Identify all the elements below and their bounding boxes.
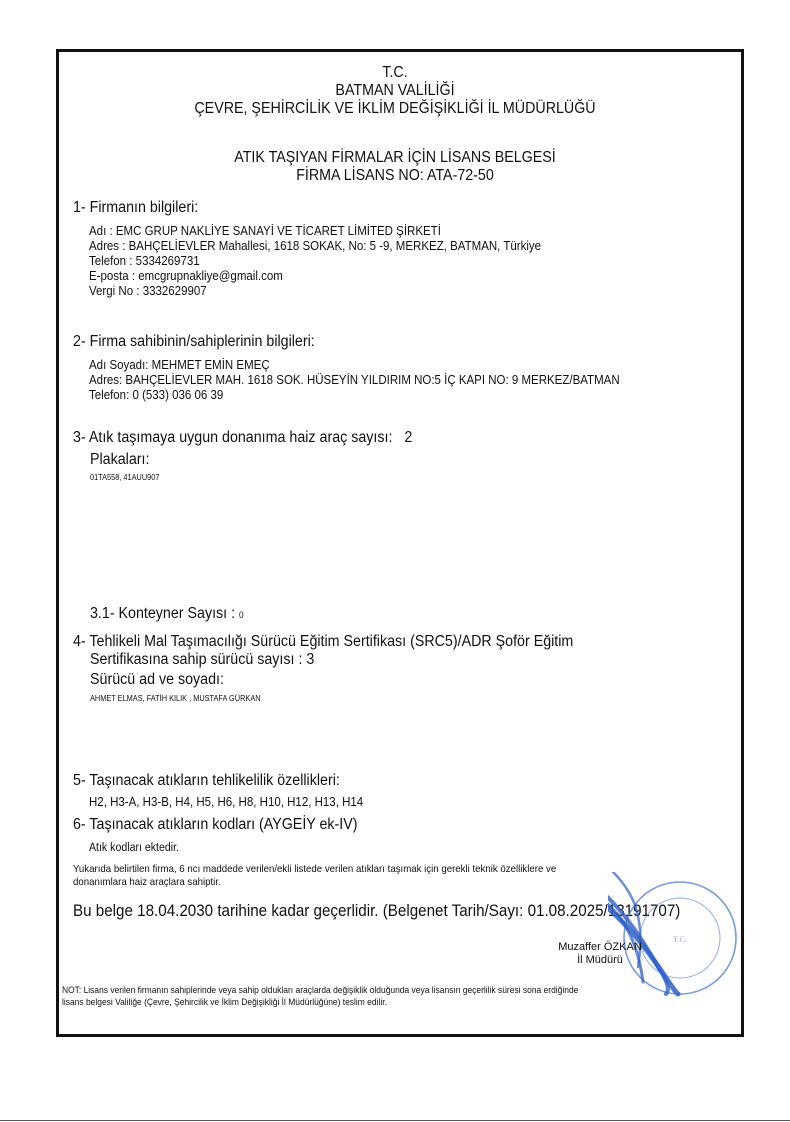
statement-line1: Yukarıda belirtilen firma, 6 ncı maddede…: [73, 863, 556, 876]
section6-heading: 6- Taşınacak atıkların kodları (AYGEİY e…: [73, 816, 358, 834]
owner-phone: Telefon: 0 (533) 036 06 39: [89, 388, 223, 403]
waste-codes-note: Atık kodları ektedir.: [89, 841, 179, 856]
plates-list: 01TA558, 41AUU907: [90, 473, 159, 482]
validity-statement: Bu belge 18.04.2030 tarihine kadar geçer…: [73, 902, 680, 921]
license-number: FİRMA LİSANS NO: ATA-72-50: [32, 167, 759, 185]
section4-heading-line1: 4- Tehlikeli Mal Taşımacılığı Sürücü Eği…: [73, 633, 573, 651]
section5-heading: 5- Taşınacak atıkların tehlikelilik özel…: [73, 772, 340, 790]
section2-heading: 2- Firma sahibinin/sahiplerinin bilgiler…: [73, 333, 315, 351]
signatory-title: İl Müdürü: [520, 954, 680, 967]
drivers-label: Sürücü ad ve soyadı:: [90, 671, 224, 689]
plates-label: Plakaları:: [90, 451, 149, 469]
drivers-list: AHMET ELMAS, FATİH KILIK , MUSTAFA GÜRKA…: [90, 694, 261, 703]
owner-name: Adı Soyadı: MEHMET EMİN EMEÇ: [89, 358, 270, 373]
section1-heading: 1- Firmanın bilgileri:: [73, 199, 198, 217]
header-governorship: BATMAN VALİLİĞİ: [32, 82, 759, 100]
container-count: 0: [239, 610, 244, 620]
hazard-properties: H2, H3-A, H3-B, H4, H5, H6, H8, H10, H12…: [89, 795, 363, 810]
official-stamp-icon: T.C.: [608, 872, 740, 1004]
owner-address: Adres: BAHÇELİEVLER MAH. 1618 SOK. HÜSEY…: [89, 373, 620, 388]
company-name: Adı : EMC GRUP NAKLİYE SANAYİ VE TİCARET…: [89, 224, 441, 239]
container-count-row: 3.1- Konteyner Sayısı : 0: [90, 605, 244, 623]
vehicle-count-label: 3- Atık taşımaya uygun donanıma haiz ara…: [73, 429, 392, 446]
company-address: Adres : BAHÇELİEVLER Mahallesi, 1618 SOK…: [89, 239, 541, 254]
company-tax-number: Vergi No : 3332629907: [89, 284, 207, 299]
note-line1: NOT: Lisans verilen firmanın sahiplerind…: [62, 985, 578, 997]
section3-heading: 3- Atık taşımaya uygun donanıma haiz ara…: [73, 429, 412, 447]
statement-line2: donanımlara haiz araçlara sahiptir.: [73, 876, 221, 889]
company-phone: Telefon : 5334269731: [89, 254, 200, 269]
company-email: E-posta : emcgrupnakliye@gmail.com: [89, 269, 283, 284]
signatory-name: Muzaffer ÖZKAN: [520, 941, 680, 954]
container-count-label: 3.1- Konteyner Sayısı :: [90, 605, 235, 622]
note-line2: lisans belgesi Valiliğe (Çevre, Şehircil…: [62, 997, 387, 1009]
document-title: ATIK TAŞIYAN FİRMALAR İÇİN LİSANS BELGES…: [32, 149, 759, 167]
section4-heading-line2: Sertifikasına sahip sürücü sayısı : 3: [90, 651, 314, 669]
page-edge-line: [0, 1120, 790, 1121]
header-directorate: ÇEVRE, ŞEHİRCİLİK VE İKLİM DEĞİŞİKLİĞİ İ…: [32, 100, 759, 118]
header-tc: T.C.: [32, 64, 759, 82]
vehicle-count: 2: [404, 429, 412, 446]
